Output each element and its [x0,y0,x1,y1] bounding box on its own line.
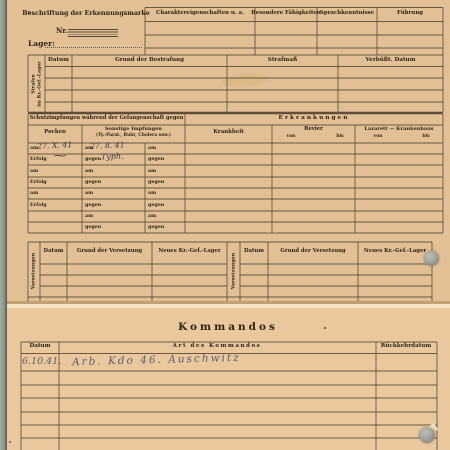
pocken-am-2: am [30,169,38,174]
col-lazarett: Lazarett — Krankenhaus [364,127,433,132]
scanner-edge-strip [0,0,7,450]
strafen-col-datum: Datum [48,58,69,64]
erkrankungen-header: Erkrankungen [279,116,350,122]
pocken-erfolg-3: Erfolg [30,203,47,208]
traits-col-conduct: Führung [397,11,423,16]
sonstB-gegen-1: gegen [148,157,164,162]
punch-hole-top [424,251,439,266]
paper-speck [28,11,30,13]
strafen-col-strafmass: Strafmaß [268,58,297,64]
hw-sonstige-date: 27. 8. 41 [90,141,125,150]
versetz-left-grund: Grund der Versetzung [77,249,142,254]
sonstB-gegen-4: gegen [148,225,164,230]
sonstA-gegen-2: gegen [85,180,101,185]
kommandos-col-rueckkehr: Rückkehrdatum [381,344,432,350]
paper-speck [324,327,326,329]
versetzungen-side-label-right: Versetzungen [231,253,236,289]
lazarett-von: von [374,135,383,139]
kommandos-title: Kommandos [178,322,278,333]
sonstB-am-3: am [148,191,156,196]
traits-col-languages: Sprachkenntnisse [320,11,374,16]
hw-sonstige-gegen: Typh. [101,153,124,162]
punch-hole-bottom [419,427,435,443]
id-tag-nr-label: Nr. [56,27,68,34]
versetz-right-neues: Neues Kr.-Gef.-Lager [364,249,426,254]
kommandos-col-art: Art des Kommandos [173,344,262,350]
kommandos-col-datum: Datum [29,344,50,350]
col-krankheit: Krankheit [213,130,244,135]
sonstB-gegen-3: gegen [148,203,164,208]
sonstA-gegen-4: gegen [85,225,101,230]
id-tag-title: Beschriftung der Erkennungsmarke [22,11,149,17]
pocken-am-3: am [30,191,38,196]
strafen-side-label: Strafen im Kr.-Gef.-Lager [31,61,42,107]
versetz-right-grund: Grund der Versetzung [280,249,345,254]
strafen-side-line1: Strafen [31,61,37,107]
hw-pocken-date: 27. X. 41 [37,141,73,151]
pocken-erfolg-2: Erfolg [30,180,47,185]
sonstA-am-3: am [85,191,93,196]
strafen-col-grund: Grund der Bestrafung [115,58,184,64]
col-revier: Revier [304,127,323,132]
revier-bis: bis [336,135,343,139]
versetzungen-side-label-left: Versetzungen [32,253,37,289]
sonstB-am-4: am [148,214,156,219]
hw-kommando-date: 6.10.41. [22,357,61,367]
sonstB-am-2: am [148,169,156,174]
hw-pocken-erfolg: ~ [52,152,69,162]
sonstB-gegen-2: gegen [148,180,164,185]
lazarett-bis: bis [422,135,429,139]
traits-col-character: Charaktereigenschaften u. a. [156,11,244,16]
versetz-right-datum: Datum [244,249,264,254]
sonstA-gegen-3: gegen [85,203,101,208]
strafen-side-line2: im Kr.-Gef.-Lager [37,61,43,107]
versetz-left-neues: Neues Kr.-Gef.-Lager [158,249,220,254]
table-grid-lines [0,0,450,450]
pow-record-card-scan: Beschriftung der Erkennungsmarke Nr. Lag… [0,0,450,450]
col-sonstige-line1: Sonstige Impfungen [105,127,162,132]
pocken-erfolg-1: Erfolg [30,157,47,162]
lager-dotted-line [45,41,142,48]
revier-von: von [287,135,296,139]
col-sonstige-line2: (Ty.-Parat., Ruhr, Cholera usw.) [96,134,171,138]
sonstA-am-2: am [85,169,93,174]
versetz-left-datum: Datum [44,249,64,254]
sonstA-gegen-1: gegen [85,157,101,162]
col-pocken: Pocken [44,130,66,135]
paper-speck [9,441,11,443]
traits-col-abilities: Besondere Fähigkeiten [251,11,321,16]
sonstA-am-4: am [85,214,93,219]
nr-field-lines [68,29,118,39]
sonstB-am-1: am [148,146,156,151]
impfungen-header: Schutzimpfungen während der Gefangenscha… [30,116,184,121]
strafen-col-verbuesst: Verbüßt. Datum [365,58,415,64]
